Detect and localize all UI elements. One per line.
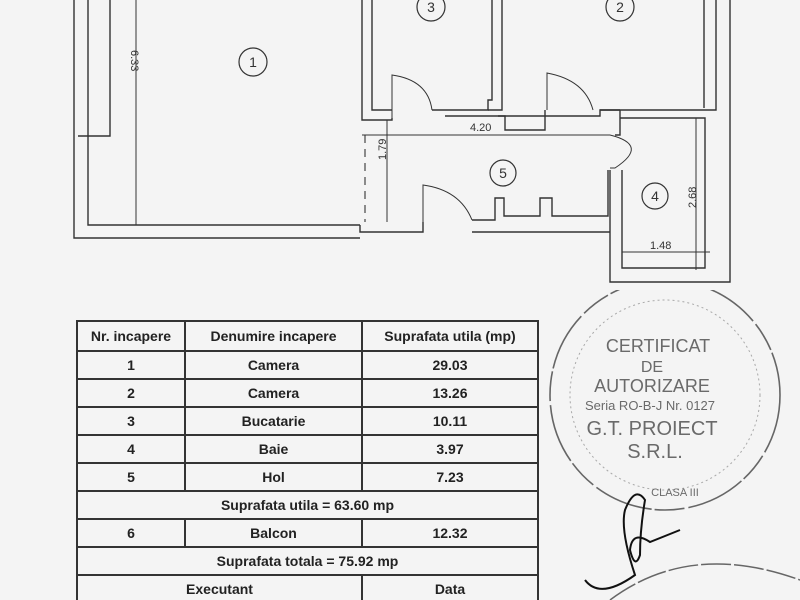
cell-nr: 4 bbox=[77, 435, 185, 463]
room1-left-wall bbox=[88, 0, 360, 225]
footer-row: Executant Data bbox=[77, 575, 538, 600]
table-row: 4 Baie 3.97 bbox=[77, 435, 538, 463]
signature bbox=[585, 494, 680, 589]
stamp-line-6: S.R.L. bbox=[627, 441, 683, 463]
cell-name: Bucatarie bbox=[185, 407, 362, 435]
cell-name: Camera bbox=[185, 379, 362, 407]
svg-text:1: 1 bbox=[249, 54, 257, 70]
dim-room1-height: 6.33 bbox=[128, 50, 140, 71]
cell-name: Balcon bbox=[185, 519, 362, 547]
table-row: 6 Balcon 12.32 bbox=[77, 519, 538, 547]
subtotal-cell: Suprafata utila = 63.60 mp bbox=[77, 491, 538, 519]
cell-nr: 3 bbox=[77, 407, 185, 435]
dim-bath-width: 1.48 bbox=[650, 240, 671, 252]
cell-area: 13.26 bbox=[362, 379, 538, 407]
cell-nr: 6 bbox=[77, 519, 185, 547]
header-nr: Nr. incapere bbox=[77, 321, 185, 351]
svg-text:2: 2 bbox=[616, 0, 624, 15]
stamp-class: CLASA III bbox=[651, 487, 699, 499]
cell-area: 10.11 bbox=[362, 407, 538, 435]
svg-text:5: 5 bbox=[499, 165, 507, 181]
total-row: Suprafata totala = 75.92 mp bbox=[77, 547, 538, 575]
dim-hall-length: 4.20 bbox=[470, 122, 491, 134]
room-label-1: 1 bbox=[239, 48, 267, 76]
room-label-4: 4 bbox=[642, 183, 668, 209]
cell-nr: 5 bbox=[77, 463, 185, 491]
table-row: 2 Camera 13.26 bbox=[77, 379, 538, 407]
area-table: Nr. incapere Denumire incapere Suprafata… bbox=[76, 320, 539, 600]
stamp-line-4: Seria RO-B-J Nr. 0127 bbox=[585, 398, 715, 413]
executant-cell: Executant bbox=[77, 575, 362, 600]
cell-area: 29.03 bbox=[362, 351, 538, 379]
total-cell: Suprafata totala = 75.92 mp bbox=[77, 547, 538, 575]
table-header-row: Nr. incapere Denumire incapere Suprafata… bbox=[77, 321, 538, 351]
cell-name: Camera bbox=[185, 351, 362, 379]
svg-text:3: 3 bbox=[427, 0, 435, 15]
header-name: Denumire incapere bbox=[185, 321, 362, 351]
table-row: 5 Hol 7.23 bbox=[77, 463, 538, 491]
floor-plan: 1 2 3 4 5 6.33 1.79 4.20 2.68 1.48 bbox=[0, 0, 800, 300]
stamp-line-1: CERTIFICAT bbox=[606, 336, 710, 356]
cell-name: Hol bbox=[185, 463, 362, 491]
date-cell: Data bbox=[362, 575, 538, 600]
stamp-line-5: G.T. PROIECT bbox=[586, 418, 717, 440]
header-area: Suprafata utila (mp) bbox=[362, 321, 538, 351]
dim-bath-height: 2.68 bbox=[687, 187, 699, 208]
stamp-line-3: AUTORIZARE bbox=[594, 376, 710, 396]
room-label-5: 5 bbox=[490, 160, 516, 186]
cell-area: 12.32 bbox=[362, 519, 538, 547]
svg-text:4: 4 bbox=[651, 188, 659, 204]
table-row: 1 Camera 29.03 bbox=[77, 351, 538, 379]
outer-wall-left bbox=[74, 0, 360, 238]
cell-nr: 1 bbox=[77, 351, 185, 379]
subtotal-row: Suprafata utila = 63.60 mp bbox=[77, 491, 538, 519]
room-label-3: 3 bbox=[417, 0, 445, 21]
room-label-2: 2 bbox=[606, 0, 634, 21]
table-row: 3 Bucatarie 10.11 bbox=[77, 407, 538, 435]
certification-stamp: CERTIFICAT DE AUTORIZARE Seria RO-B-J Nr… bbox=[540, 290, 800, 600]
cell-name: Baie bbox=[185, 435, 362, 463]
cell-nr: 2 bbox=[77, 379, 185, 407]
stamp-line-2: DE bbox=[641, 359, 663, 376]
cell-area: 7.23 bbox=[362, 463, 538, 491]
cell-area: 3.97 bbox=[362, 435, 538, 463]
dim-hall-width: 1.79 bbox=[377, 139, 389, 160]
